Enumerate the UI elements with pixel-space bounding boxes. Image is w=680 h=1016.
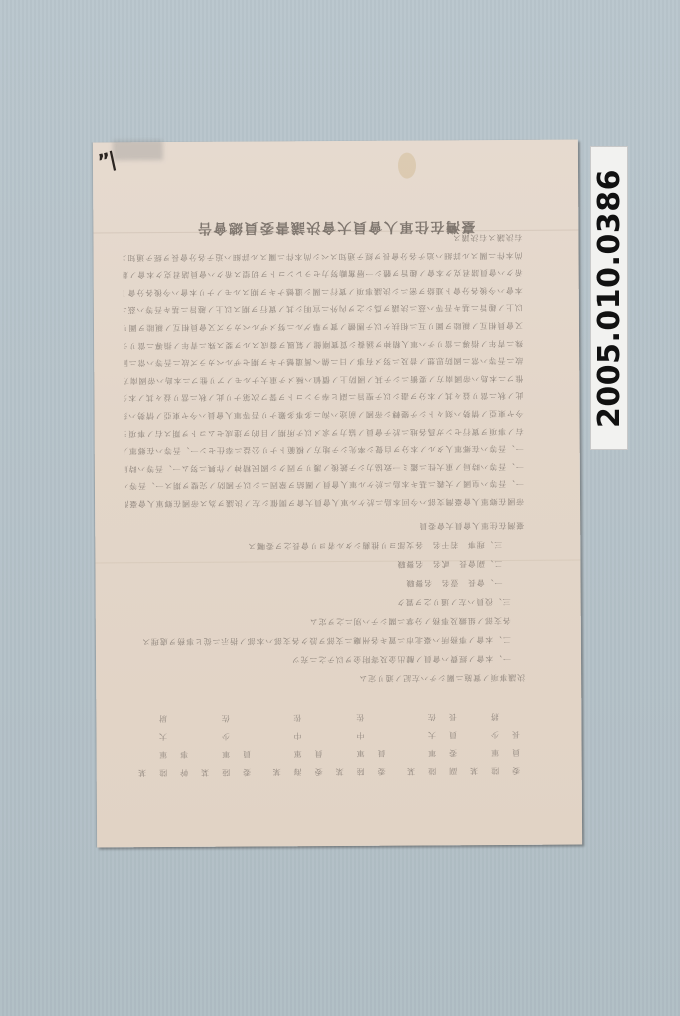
body-text-line: 一、吾等ハ在郷軍人タルノ本分ヲ自覺シ率先シテ地方ノ模範トナリ公益ニ奉仕セン一、吾… (125, 439, 524, 459)
body-text-line: 一、吾等ハ皇國ノ大義ニ基キ本島ニ於ケル軍人會員ノ團結ヲ鞏固ニシ以テ國防ノ完璧ヲ期… (125, 475, 524, 495)
body-text-line: 本會ハ今後各分會ト連絡ヲ密ニシ決議事項ノ實行ニ關シ遺憾ナキヲ期スルモノナリ本會ハ… (124, 281, 523, 301)
body-text-line: 一、吾等ハ時局ノ重大性ニ鑑ミ一致協力シテ銃後ノ護リヲ固クシ國民精神ノ作興ニ努ム一… (125, 457, 524, 477)
signatory-entry: 某 (136, 705, 147, 777)
item-text-line: 各支部ノ組織及事務ノ分掌ニ關シテハ別ニ之ヲ定ム (126, 611, 525, 632)
body-text-line: 以上ノ趣旨ニ基キ吾等ハ茲ニ決議ヲ爲シ之ヲ內外ニ宣明シ其ノ實行ヲ期ス以上ノ趣旨ニ基… (124, 299, 523, 319)
signatory-entry: 陸軍少將 (489, 703, 500, 775)
body-text-line: 右決議ス右決議ス (123, 228, 522, 248)
signatory-group: 委員長陸軍少將某副委員長陸軍大佐某 (405, 703, 521, 776)
item-text-line: 二、本會ノ事務所ハ臺北市ニ置キ各州廳ニ支部ヲ設ク各支部ハ本部ノ指示ニ從ヒ事務ヲ處… (126, 630, 525, 651)
signatory-entry: 副委員長 (447, 703, 458, 775)
item-text-line: 決議事項ノ實施ニ關シテハ左記ノ通リ定ム (126, 668, 525, 689)
signatory-entry: 陸軍中佐 (355, 704, 366, 776)
signatory-entry: 某 (271, 704, 282, 776)
body-text-line: 惟フニ本島ハ帝國南方ノ要衝ニシテ其ノ國防上ノ價値ハ極メテ重大ナルモノアリ惟フニ本… (124, 369, 523, 389)
item-text-line: 一、本會ノ經費ハ會員ノ醵出金及寄附金ヲ以テ之ニ充ツ (126, 649, 525, 670)
document-body: 帝國在鄉軍人會臺灣支部ハ今回本島ニ於ケル軍人會員大會ヲ開催シ左ノ決議ヲ為ス帝國在… (123, 228, 524, 512)
signatory-entry: 委員長 (510, 703, 521, 775)
signatory-list: 委員長陸軍少將某副委員長陸軍大佐某委員陸軍中佐某委員海軍中佐某委員陸軍少佐某幹事… (136, 703, 521, 777)
body-text-line: 希クハ會員諸君克ク本會ノ趣旨ヲ體シ一層奮勵努力セラレンコトヲ切望ス希クハ會員諸君… (124, 264, 523, 284)
signatory-entry: 委員 (313, 704, 324, 776)
body-text-line: 此ノ秋ニ當リ益々其ノ本分ヲ盡シ以テ聖旨ニ副ヒ奉ランコトヲ誓フ次第ナリ此ノ秋ニ當リ… (124, 387, 523, 407)
signatory-group: 委員陸軍少佐某幹事陸軍大尉某 (136, 705, 252, 778)
item-text-line: 臺灣在住軍人會員大會委員 (125, 516, 524, 537)
signatory-entry: 幹事 (178, 705, 189, 777)
signatory-entry: 海軍中佐 (292, 704, 303, 776)
document-content: 臺灣在住軍人會員大會決議書委員總會告 帝國在鄉軍人會臺灣支部ハ今回本島ニ於ケル軍… (93, 140, 582, 848)
item-text-line: 二、副會長 貳名 名譽職 (125, 554, 524, 575)
signatory-entry: 某 (468, 703, 479, 775)
signatory-entry: 陸軍少佐 (220, 705, 231, 777)
item-text-line: 三、理事 若干名 各支部ヨリ推薦シタル者ヨリ會長之ヲ委囑ス (125, 535, 524, 556)
catalog-number-label: 2005.010.0386 (590, 146, 628, 450)
signatory-entry: 某 (405, 704, 416, 776)
document-sheet: ”| 臺灣在住軍人會員大會決議書委員總會告 帝國在鄉軍人會臺灣支部ハ今回本島ニ於… (93, 140, 582, 848)
body-text-line: 右ノ事項ヲ實行センガ爲各地ニ於テ會員ノ協力ヲ求メ以テ所期ノ目的ヲ達成セムコトヲ期… (125, 422, 524, 442)
item-text-line: 三、役員ハ左ノ通リ之ヲ置ク (126, 592, 525, 613)
signatory-entry: 某 (199, 705, 210, 777)
signatory-entry: 委員 (241, 705, 252, 777)
item-text-line: 一、會長 壹名 名譽職 (125, 573, 524, 594)
signatory-entry: 陸軍大佐 (426, 703, 437, 775)
body-text-line: 故ニ吾等ハ常ニ國防思想ノ普及ニ努メ有事ノ日ニ備ヘ萬遺憾ナキヲ期セザルベカラズ故ニ… (124, 352, 523, 372)
signatory-entry: 陸軍大尉 (157, 705, 168, 777)
document-items: 決議事項ノ實施ニ關シテハ左記ノ通リ定ム一、本會ノ經費ハ會員ノ醵出金及寄附金ヲ以テ… (125, 516, 525, 689)
body-text-line: 尚本件ニ關スル詳細ハ追テ各分會長ヲ經テ通知スベシ尚本件ニ關スル詳細ハ追テ各分會長… (123, 246, 522, 266)
catalog-number: 2005.010.0386 (592, 169, 627, 428)
body-text-line: 殊ニ青年ノ指導ニ當リテハ軍人精神ヲ涵養シ質實剛健ノ氣風ヲ養成スルヲ要ス殊ニ青年ノ… (124, 334, 523, 354)
signatory-entry: 某 (334, 704, 345, 776)
signatory-entry: 委員 (376, 704, 387, 776)
body-text-line: 又會員相互ノ親睦ヲ圖リ互ニ相扶ケ以テ團體ノ實ヲ擧グルニ努メザルベカラズ又會員相互… (124, 316, 523, 336)
body-text-line: 帝國在鄉軍人會臺灣支部ハ今回本島ニ於ケル軍人會員大會ヲ開催シ左ノ決議ヲ為ス帝國在… (125, 492, 524, 512)
signatory-group: 委員陸軍中佐某委員海軍中佐某 (271, 704, 387, 777)
body-text-line: 今ヤ東亞ノ情勢ハ刻々トシテ變轉シ帝國ノ前途ハ洵ニ多事多難ナリ吾等軍人會員ハ今ヤ東… (124, 404, 523, 424)
